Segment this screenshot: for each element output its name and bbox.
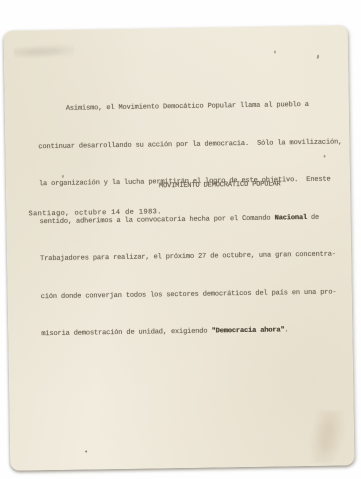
date-line: Santiago, octubre 14 de 1983. bbox=[28, 206, 162, 221]
paper-stain bbox=[310, 410, 345, 463]
pencil-mark bbox=[14, 44, 74, 61]
paragraph-line-7-pre: misoria demostración de unidad, exigiend… bbox=[41, 328, 211, 339]
ink-speck bbox=[274, 50, 276, 53]
signature-line: MOVIMIENTO DEMOCRATICO POPULAR bbox=[159, 178, 281, 192]
paragraph-line-1: Asimismo, el Movimiento Democático Popul… bbox=[38, 98, 343, 115]
paragraph-line-2: continuar desarrollando su acción por la… bbox=[38, 136, 343, 153]
paragraph-line-7-slogan: "Democracia ahora" bbox=[211, 326, 284, 335]
paragraph-line-7: misoria demostración de unidad, exigiend… bbox=[41, 323, 346, 340]
scanned-document-page: Asimismo, el Movimiento Democático Popul… bbox=[4, 25, 355, 470]
ink-speck bbox=[85, 450, 87, 452]
paragraph-line-6: ción donde converjan todos los sectores … bbox=[41, 286, 346, 303]
paragraph-line-5: Trabajadores para realizar, el próximo 2… bbox=[40, 248, 345, 265]
paragraph-line-4-overstruck-word: Nacional bbox=[274, 213, 307, 222]
scan-background: Asimismo, el Movimiento Democático Popul… bbox=[0, 0, 361, 479]
paragraph-line-4-post: de bbox=[307, 213, 319, 221]
ink-speck bbox=[317, 55, 320, 59]
paragraph-line-7-post: . bbox=[284, 326, 288, 334]
